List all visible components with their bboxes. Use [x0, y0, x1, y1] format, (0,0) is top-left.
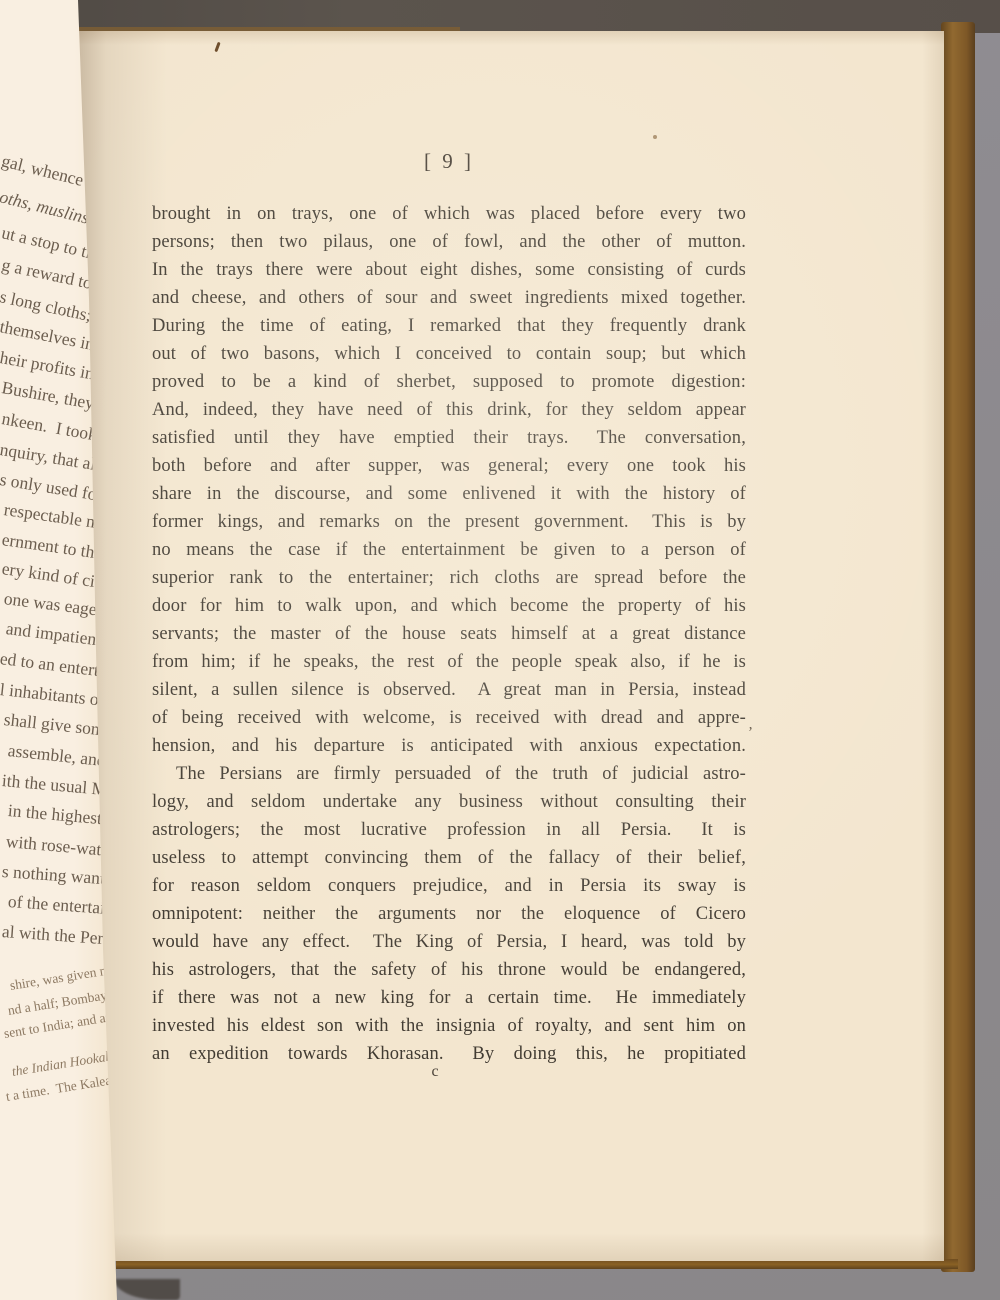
- stray-ink-mark: ʼ: [748, 725, 753, 742]
- text-line: persons; then two pilaus, one of fowl, a…: [152, 228, 746, 256]
- text-line: share in the discourse, and some enliven…: [152, 480, 746, 508]
- text-line: superior rank to the entertainer; rich c…: [152, 564, 746, 592]
- book-page: [ 9 ] brought in on trays, one of which …: [72, 31, 944, 1261]
- text-line: And, indeed, they have need of this drin…: [152, 396, 746, 424]
- text-line: omnipotent: neither the arguments nor th…: [152, 900, 746, 928]
- text-line: from him; if he speaks, the rest of the …: [152, 648, 746, 676]
- text-line: would have any effect. The King of Persi…: [152, 928, 746, 956]
- text-line: and cheese, and others of sour and sweet…: [152, 284, 746, 312]
- text-line: both before and after supper, was genera…: [152, 452, 746, 480]
- previous-page-text-fragment: al with the Persia: [1, 921, 120, 950]
- text-line: for reason seldom conquers prejudice, an…: [152, 872, 746, 900]
- text-line: of being received with welcome, is recei…: [152, 704, 746, 732]
- text-line: if there was not a new king for a certai…: [152, 984, 746, 1012]
- text-line: During the time of eating, I remarked th…: [152, 312, 746, 340]
- text-line: logy, and seldom undertake any business …: [152, 788, 746, 816]
- text-line: his astrologers, that the safety of his …: [152, 956, 746, 984]
- text-line: useless to attempt convincing them of th…: [152, 844, 746, 872]
- text-line: astrologers; the most lucrative professi…: [152, 816, 746, 844]
- text-line: invested his eldest son with the insigni…: [152, 1012, 746, 1040]
- text-line: out of two basons, which I conceived to …: [152, 340, 746, 368]
- text-line: silent, a sullen silence is observed. A …: [152, 676, 746, 704]
- text-line: door for him to walk upon, and which bec…: [152, 592, 746, 620]
- text-line: brought in on trays, one of which was pl…: [152, 200, 746, 228]
- text-block: brought in on trays, one of which was pl…: [152, 200, 746, 1068]
- text-line: satisfied until they have emptied their …: [152, 424, 746, 452]
- text-line: former kings, and remarks on the present…: [152, 508, 746, 536]
- paper-speck: [653, 135, 657, 139]
- page-number: [ 9 ]: [152, 149, 746, 174]
- signature-mark: c: [138, 1063, 732, 1081]
- text-line: The Persians are firmly persuaded of the…: [152, 760, 746, 788]
- text-line: proved to be a kind of sherbet, supposed…: [152, 368, 746, 396]
- photo-of-book-page: [ 9 ] brought in on trays, one of which …: [0, 0, 1000, 1300]
- book-board-right-edge: [941, 22, 975, 1272]
- text-line: no means the case if the entertainment b…: [152, 536, 746, 564]
- text-line: servants; the master of the house seats …: [152, 620, 746, 648]
- text-line: In the trays there were about eight dish…: [152, 256, 746, 284]
- paper-speck: [214, 42, 220, 52]
- text-line: hension, and his departure is anticipate…: [152, 732, 746, 760]
